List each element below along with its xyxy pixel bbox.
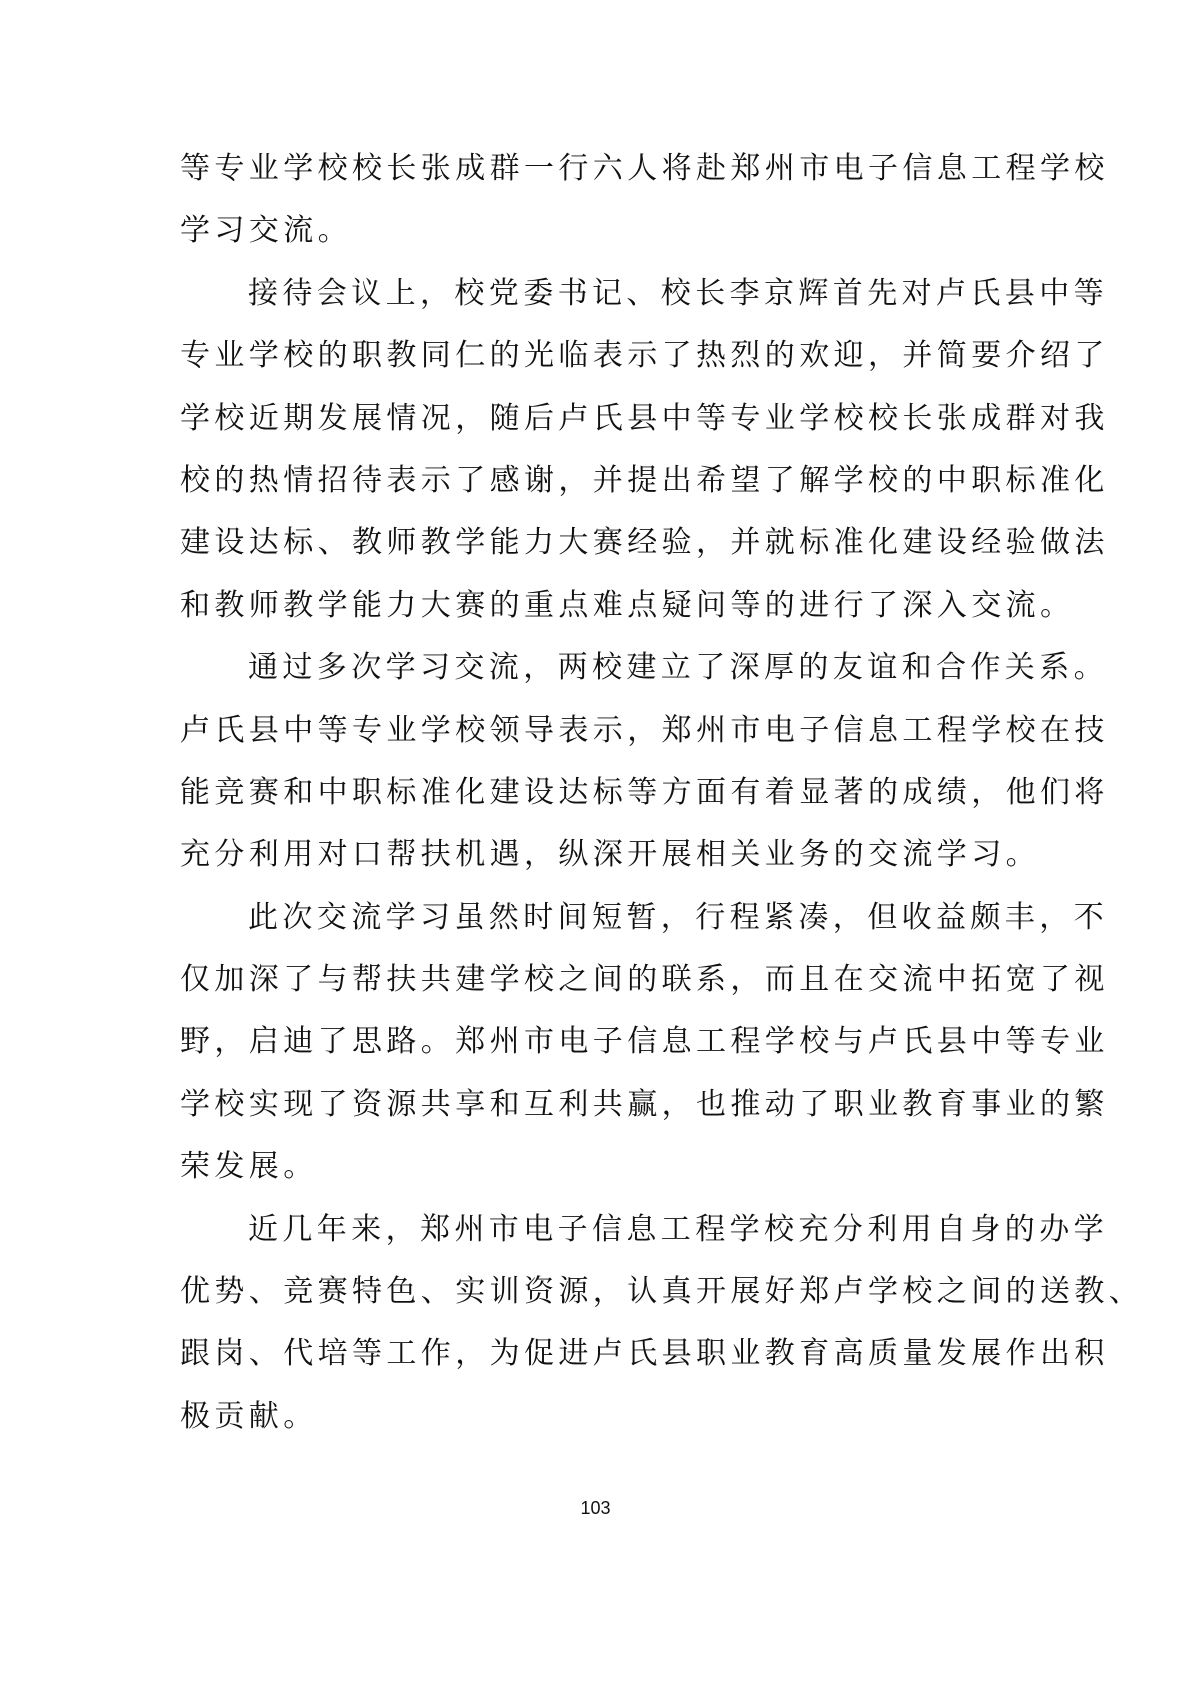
text-line: 学校近期发展情况，随后卢氏县中等专业学校校长张成群对我 xyxy=(180,388,1042,450)
text-line: 能竞赛和中职标准化建设达标等方面有着显著的成绩，他们将 xyxy=(180,762,1042,824)
text-line: 学校实现了资源共享和互利共赢，也推动了职业教育事业的繁 xyxy=(180,1074,1042,1136)
text-line: 接待会议上，校党委书记、校长李京辉首先对卢氏县中等 xyxy=(180,263,1042,325)
text-line: 卢氏县中等专业学校领导表示，郑州市电子信息工程学校在技 xyxy=(180,700,1042,762)
text-line: 荣发展。 xyxy=(180,1136,1042,1198)
text-line: 优势、竞赛特色、实训资源，认真开展好郑卢学校之间的送教、 xyxy=(180,1261,1042,1323)
text-line: 专业学校的职教同仁的光临表示了热烈的欢迎，并简要介绍了 xyxy=(180,325,1042,387)
text-line: 跟岗、代培等工作，为促进卢氏县职业教育高质量发展作出积 xyxy=(180,1323,1042,1385)
text-line: 和教师教学能力大赛的重点难点疑问等的进行了深入交流。 xyxy=(180,575,1042,637)
text-line: 野，启迪了思路。郑州市电子信息工程学校与卢氏县中等专业 xyxy=(180,1011,1042,1073)
text-line: 校的热情招待表示了感谢，并提出希望了解学校的中职标准化 xyxy=(180,450,1042,512)
body-text: 等专业学校校长张成群一行六人将赴郑州市电子信息工程学校 学习交流。 接待会议上，… xyxy=(180,138,1042,1448)
document-page: 等专业学校校长张成群一行六人将赴郑州市电子信息工程学校 学习交流。 接待会议上，… xyxy=(0,0,1191,1684)
text-line: 等专业学校校长张成群一行六人将赴郑州市电子信息工程学校 xyxy=(180,138,1042,200)
page-number: 103 xyxy=(0,1498,1191,1519)
text-line: 极贡献。 xyxy=(180,1386,1042,1448)
text-line: 通过多次学习交流，两校建立了深厚的友谊和合作关系。 xyxy=(180,637,1042,699)
text-line: 建设达标、教师教学能力大赛经验，并就标准化建设经验做法 xyxy=(180,512,1042,574)
text-line: 近几年来，郑州市电子信息工程学校充分利用自身的办学 xyxy=(180,1199,1042,1261)
text-line: 仅加深了与帮扶共建学校之间的联系，而且在交流中拓宽了视 xyxy=(180,949,1042,1011)
text-line: 学习交流。 xyxy=(180,200,1042,262)
text-line: 此次交流学习虽然时间短暂，行程紧凑，但收益颇丰，不 xyxy=(180,887,1042,949)
text-line: 充分利用对口帮扶机遇，纵深开展相关业务的交流学习。 xyxy=(180,824,1042,886)
